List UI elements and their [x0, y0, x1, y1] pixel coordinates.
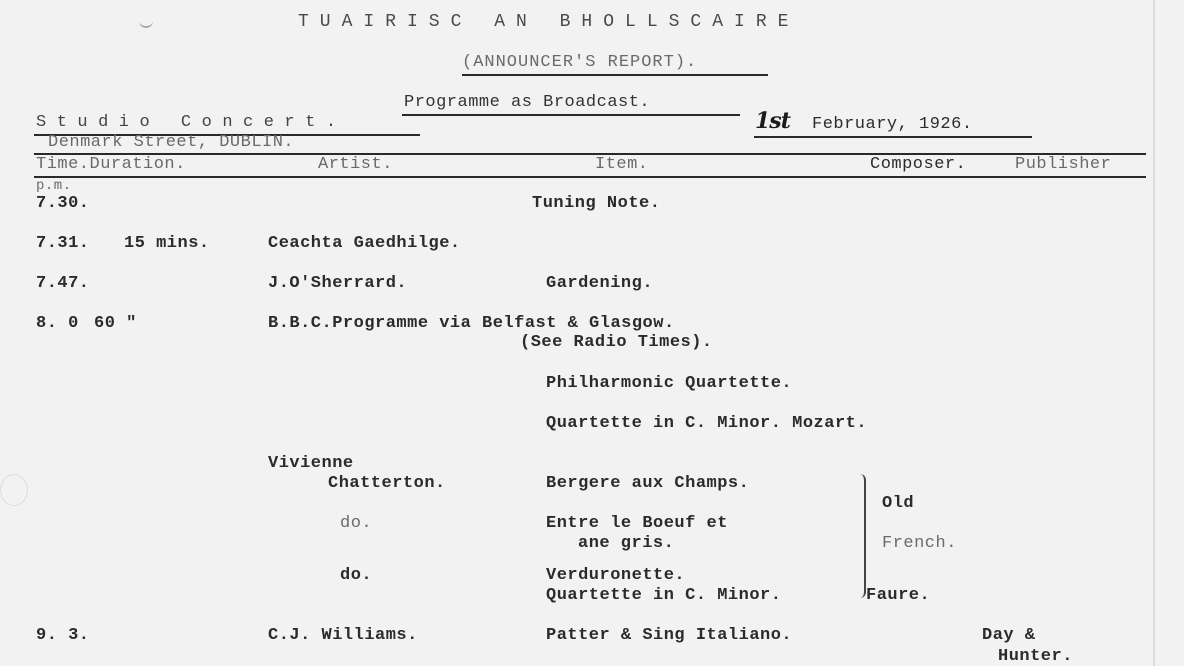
entry-artist: do. — [340, 566, 372, 586]
entry-item: Philharmonic Quartette. — [546, 374, 792, 394]
column-publisher: Publisher — [1015, 155, 1111, 175]
date-underline — [754, 136, 1032, 138]
entry-item: (See Radio Times). — [520, 333, 713, 353]
page-edge — [1153, 0, 1155, 666]
document-subtitle: (ANNOUNCER'S REPORT). — [462, 53, 697, 73]
typed-date: February, 1926. — [812, 115, 973, 135]
column-time-duration: Time.Duration. — [36, 155, 186, 175]
programme-underline — [402, 114, 740, 116]
bracket-note-line1: Old — [882, 494, 914, 514]
handwritten-date: 1st — [755, 111, 790, 131]
entry-time: 7.31. — [36, 234, 90, 254]
entry-duration: 60 " — [94, 314, 137, 334]
location: Denmark Street, DUBLIN. — [48, 133, 294, 153]
entry-artist: Ceachta Gaedhilge. — [268, 234, 461, 254]
entry-time: 7.30. — [36, 194, 90, 214]
entry-artist: do. — [340, 514, 372, 534]
entry-composer: Day & — [982, 626, 1036, 646]
entry-item: ane gris. — [578, 534, 674, 554]
entry-duration: 15 mins. — [124, 234, 210, 254]
event-name: Studio Concert. — [36, 113, 347, 133]
entry-artist: B.B.C.Programme via Belfast & Glasgow. — [268, 314, 675, 334]
header-rule-top — [34, 153, 1146, 155]
document-title: TUAIRISC AN BHOLLSCAIRE — [298, 12, 799, 32]
entry-item: Gardening. — [546, 274, 653, 294]
entry-artist: J.O'Sherrard. — [268, 274, 407, 294]
column-composer: Composer. — [870, 155, 966, 175]
bracket-note-line2: French. — [882, 534, 957, 554]
entry-item: Verduronette. — [546, 566, 685, 586]
entry-artist: Vivienne — [268, 454, 354, 474]
entry-composer: Hunter. — [998, 647, 1073, 666]
entry-item: Patter & Sing Italiano. — [546, 626, 792, 646]
header-rule-bottom — [34, 176, 1146, 178]
entry-item: Entre le Boeuf et — [546, 514, 728, 534]
entry-time: 7.47. — [36, 274, 90, 294]
entry-artist: Chatterton. — [328, 474, 446, 494]
column-item: Item. — [595, 155, 649, 175]
entry-item: Quartette in C. Minor. Mozart. — [546, 414, 867, 434]
entry-artist: C.J. Williams. — [268, 626, 418, 646]
document-page: TUAIRISC AN BHOLLSCAIRE (ANNOUNCER'S REP… — [0, 0, 1184, 666]
subtitle-underline — [462, 74, 768, 76]
punch-hole — [0, 474, 28, 506]
entry-item: Quartette in C. Minor. — [546, 586, 781, 606]
bracket-group — [856, 474, 866, 598]
column-artist: Artist. — [318, 155, 393, 175]
entry-time: 9. 3. — [36, 626, 90, 646]
time-period: p.m. — [36, 176, 72, 196]
ink-mark — [139, 2, 153, 28]
entry-item: Bergere aux Champs. — [546, 474, 749, 494]
entry-time: 8. 0 — [36, 314, 79, 334]
programme-label: Programme as Broadcast. — [404, 93, 650, 113]
entry-item: Tuning Note. — [532, 194, 660, 214]
entry-composer: Faure. — [866, 586, 930, 606]
